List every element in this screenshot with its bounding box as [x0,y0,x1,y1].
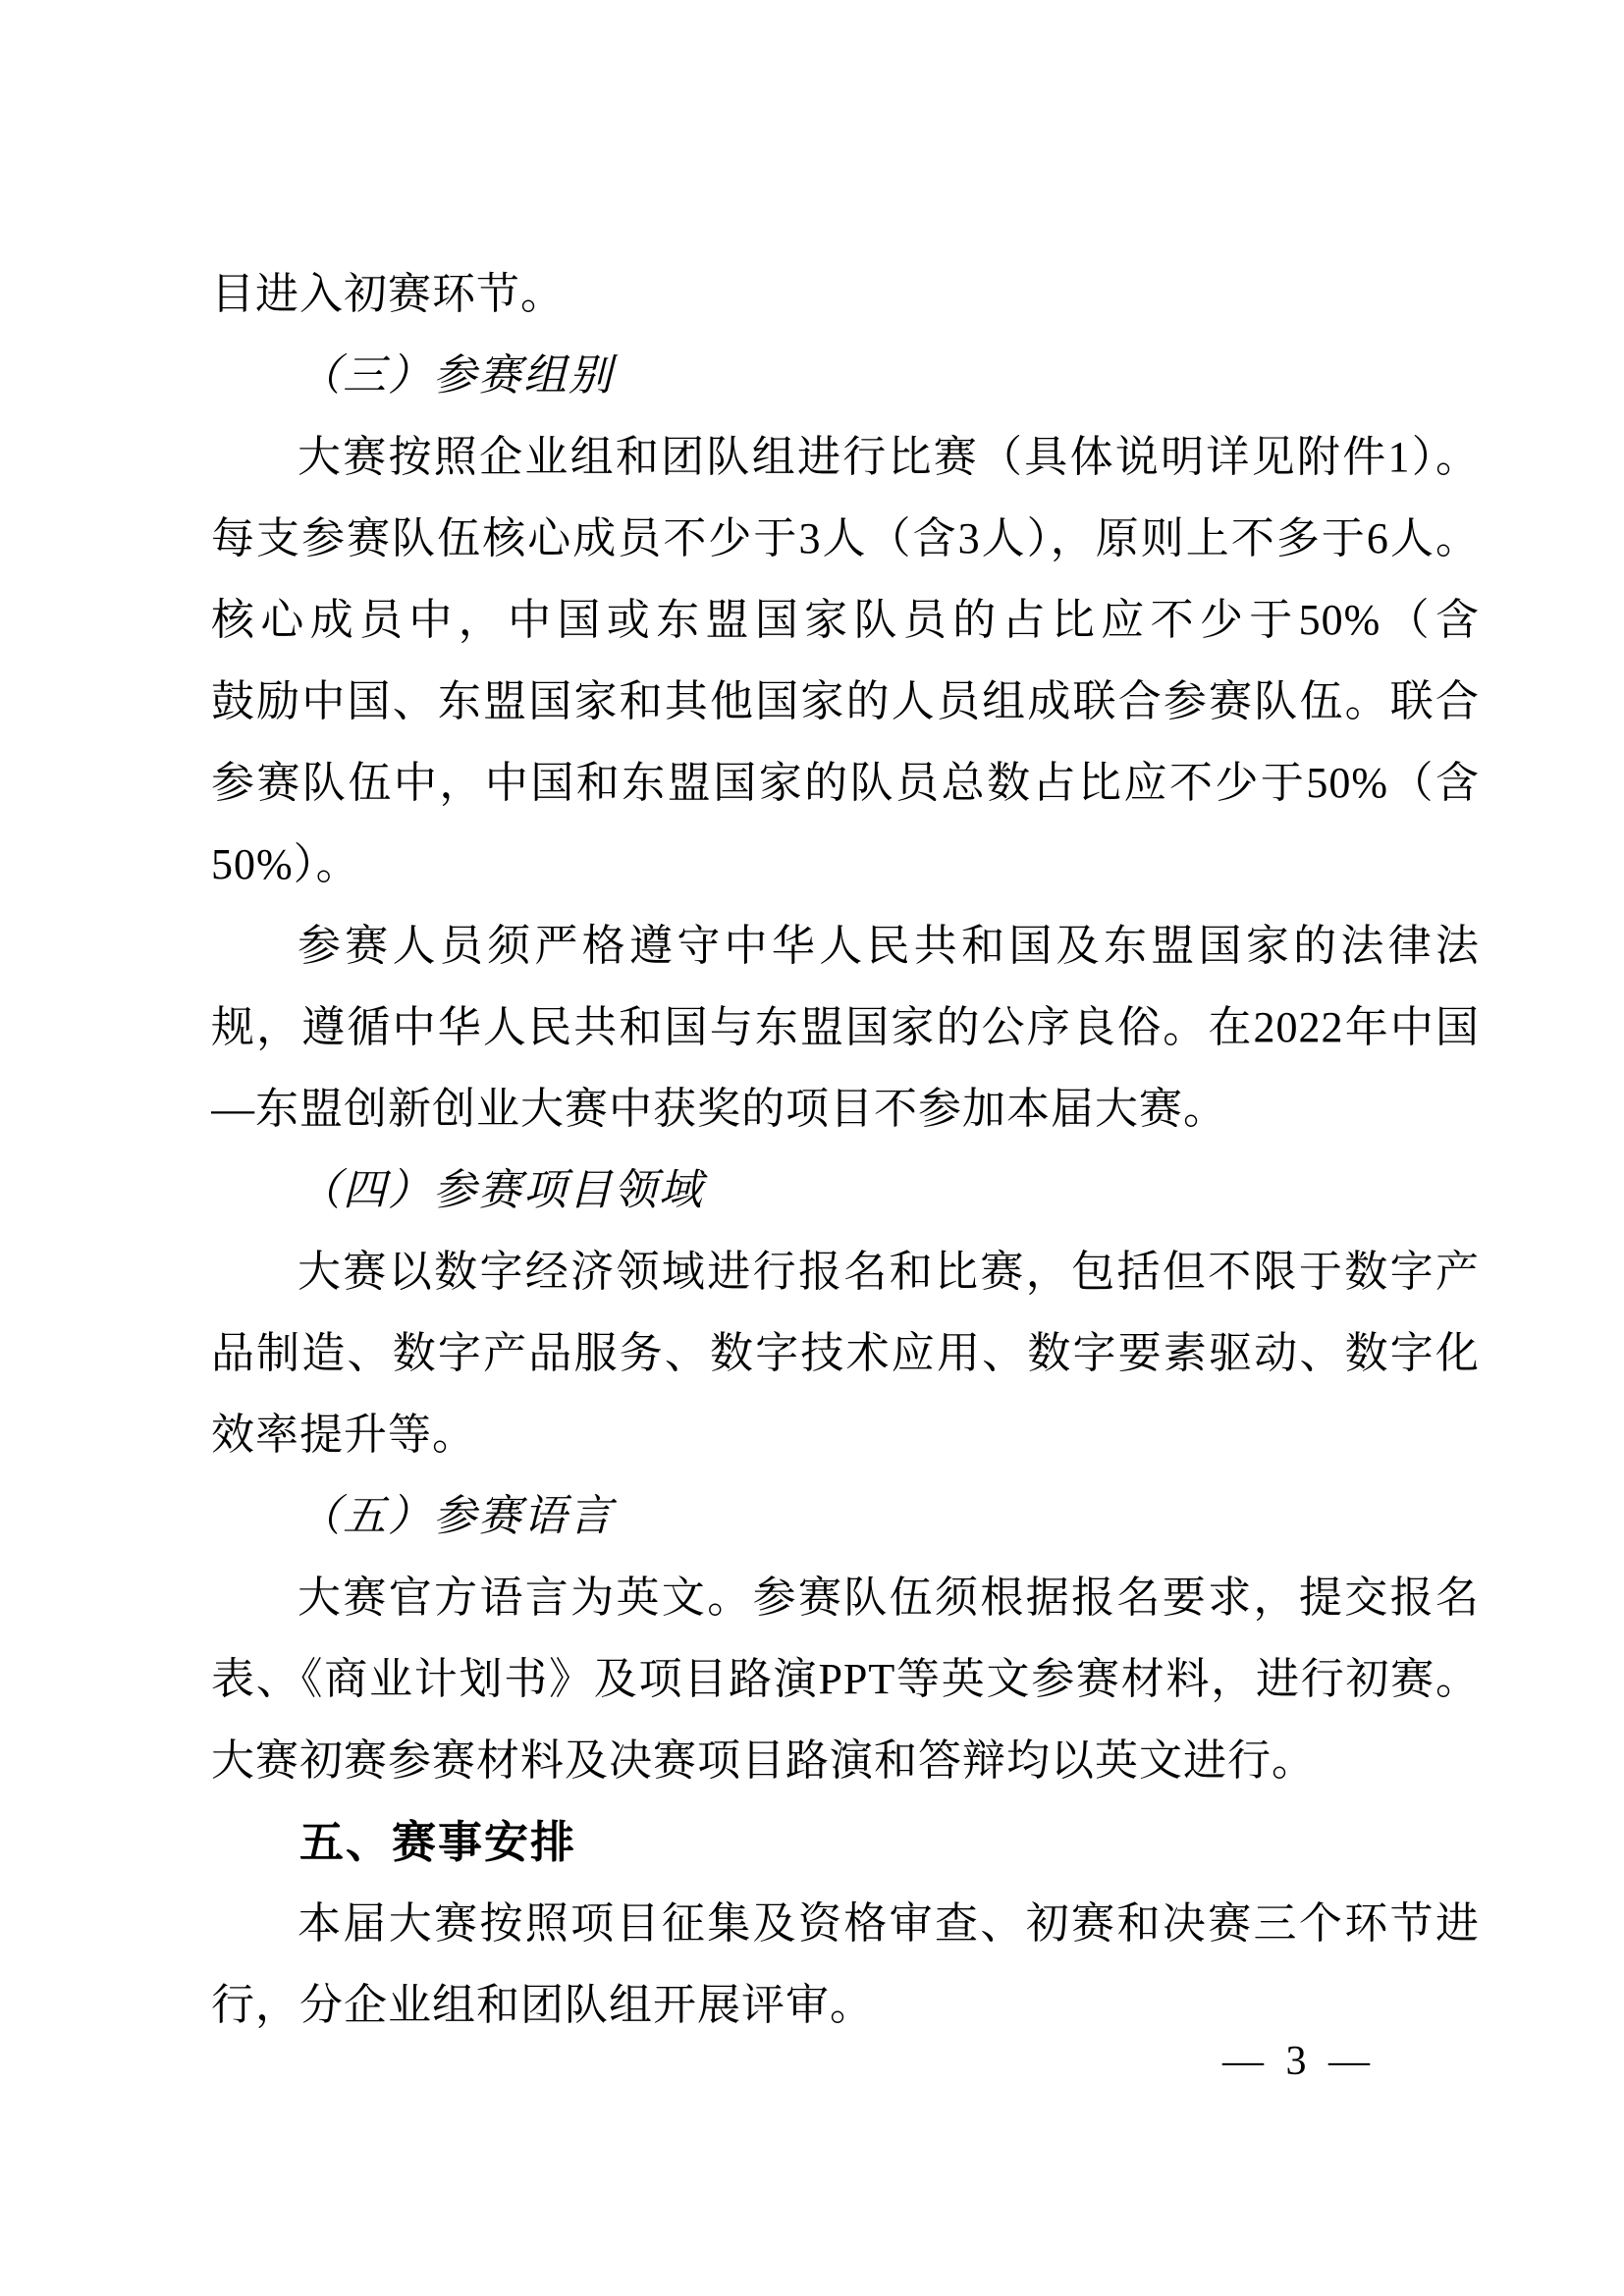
section-heading: 五、赛事安排 [211,1801,1480,1883]
section-subheading: （三）参赛组别 [211,335,1480,416]
body-line: 大赛官方语言为英文。参赛队伍须根据报名要求，提交报名 [211,1557,1480,1638]
body-line: 表、《商业计划书》及项目路演PPT等英文参赛材料，进行初赛。 [211,1638,1480,1720]
page-number: — 3 — [1222,2032,1376,2091]
body-line: 目进入初赛环节。 [211,253,1480,335]
text-column: 目进入初赛环节。（三）参赛组别大赛按照企业组和团队组进行比赛（具体说明详见附件1… [211,253,1480,2046]
body-line: 每支参赛队伍核心成员不少于3人（含3人），原则上不多于6人。 [211,498,1480,579]
body-line: 大赛按照企业组和团队组进行比赛（具体说明详见附件1）。 [211,416,1480,498]
body-line: 品制造、数字产品服务、数字技术应用、数字要素驱动、数字化 [211,1312,1480,1394]
body-line: 规，遵循中华人民共和国与东盟国家的公序良俗。在2022年中国 [211,987,1480,1068]
body-line: 参赛人员须严格遵守中华人民共和国及东盟国家的法律法 [211,905,1480,987]
body-line: 效率提升等。 [211,1394,1480,1475]
body-line: 参赛队伍中，中国和东盟国家的队员总数占比应不少于50%（含 [211,742,1480,824]
body-line: 核心成员中，中国或东盟国家队员的占比应不少于50%（含50%）。 [211,579,1480,661]
body-line: 鼓励中国、东盟国家和其他国家的人员组成联合参赛队伍。联合 [211,661,1480,742]
section-subheading: （五）参赛语言 [211,1475,1480,1557]
document-page: 目进入初赛环节。（三）参赛组别大赛按照企业组和团队组进行比赛（具体说明详见附件1… [0,0,1624,2296]
body-line: 大赛初赛参赛材料及决赛项目路演和答辩均以英文进行。 [211,1720,1480,1801]
body-line: —东盟创新创业大赛中获奖的项目不参加本届大赛。 [211,1068,1480,1149]
body-line: 本届大赛按照项目征集及资格审查、初赛和决赛三个环节进 [211,1883,1480,1964]
section-subheading: （四）参赛项目领域 [211,1149,1480,1231]
body-line: 大赛以数字经济领域进行报名和比赛，包括但不限于数字产 [211,1231,1480,1312]
body-line: 50%）。 [211,824,1480,905]
